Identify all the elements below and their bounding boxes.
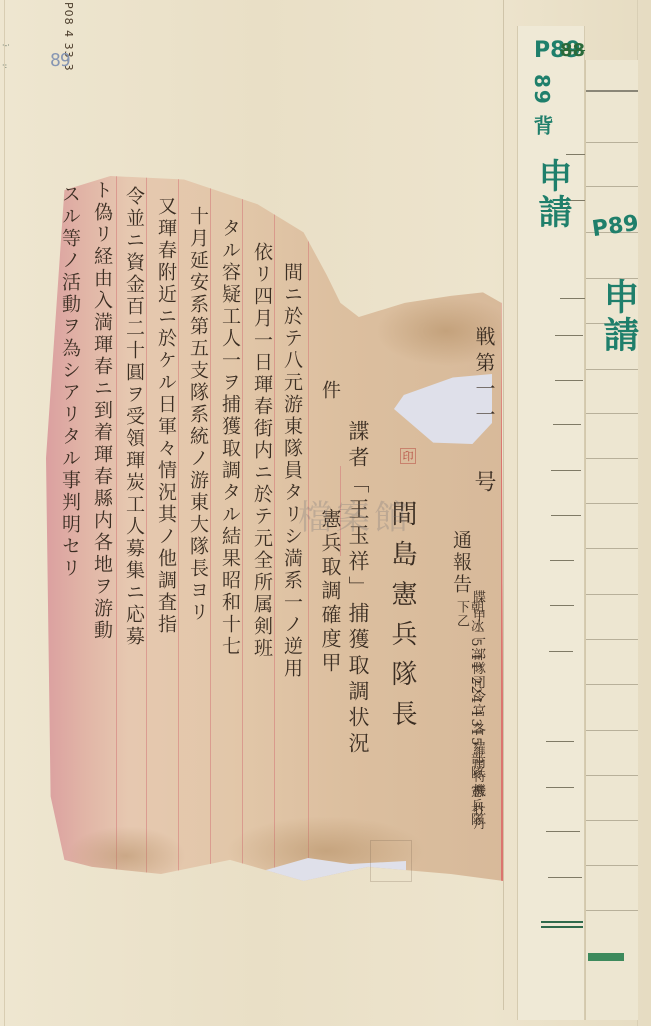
strip-tick	[546, 741, 574, 742]
strip-line	[586, 865, 638, 866]
strip-line	[586, 639, 638, 640]
strip-tick	[546, 787, 574, 788]
strip-line	[586, 458, 638, 459]
strip-line	[586, 730, 638, 731]
body-line-4: 十月延安系第五支隊系統ノ游東大隊長ヨリ	[184, 206, 211, 624]
ruled-line	[116, 176, 117, 881]
strip-tick	[549, 651, 573, 652]
body-line-5: 又琿春附近ニ於ケル日軍々情況其ノ他調査指	[152, 196, 179, 636]
faded-seal	[370, 840, 412, 882]
report-type: 通報告	[447, 530, 474, 596]
page-number-stamp: 89	[50, 50, 70, 71]
body-line-8: スル等ノ活動ヲ為シアリタル事判明セリ	[56, 184, 83, 580]
strip-line	[586, 186, 638, 187]
strip-tick	[555, 380, 583, 381]
index-note-label: 89 背	[528, 74, 557, 137]
strip-line	[586, 142, 638, 143]
body-line-3: タル容疑工人一ヲ捕獲取調タル結果昭和十七	[216, 218, 243, 658]
strip-line	[586, 413, 638, 414]
sheet-edge	[4, 0, 5, 1026]
red-seal: 印	[400, 448, 416, 464]
ref-marks: ·-··:	[2, 36, 10, 76]
strip-tick-green	[541, 921, 583, 923]
green-highlight-mark	[588, 953, 624, 961]
strip-line	[586, 503, 638, 504]
strip-tick	[550, 560, 574, 561]
strip-line	[586, 594, 638, 595]
strip-line	[586, 775, 638, 776]
strip-line	[586, 910, 638, 911]
reference-code: P08 4 33-3	[30, 0, 50, 100]
body-line-6: 令並ニ資金百二十圓ヲ受領琿炭工人募集ニ応募	[120, 186, 147, 648]
index-note-crossed: 88	[560, 40, 585, 61]
strip-tick	[553, 424, 581, 425]
strip-tick	[555, 335, 583, 336]
distribution-codes: 朝 冰 5.11 224 1315 部隊 憲兵隊下乙	[454, 600, 482, 840]
strip-tick	[550, 605, 574, 606]
strip-line	[586, 90, 638, 92]
strip-line	[586, 684, 638, 685]
right-note-request: 申請	[593, 278, 644, 354]
subject-title: 諜者「王玉祥」捕獲取調状況	[344, 420, 371, 758]
strip-tick-green	[541, 926, 583, 928]
index-note-request: 申請	[528, 158, 577, 230]
strip-tick	[548, 877, 582, 878]
strip-tick	[551, 515, 581, 516]
doc-number-suffix: 号	[470, 470, 497, 495]
strip-tick	[546, 831, 580, 832]
strip-line	[586, 369, 638, 370]
strip-line	[586, 820, 638, 821]
strip-tick	[551, 470, 581, 471]
subject-item: 件	[316, 380, 343, 402]
index-strip-right	[585, 60, 638, 1020]
strip-line	[586, 548, 638, 549]
body-line-1: 間ニ於テ八元游東隊員タリシ満系一ノ逆用	[278, 262, 305, 680]
body-line-2: 依リ四月一日琿春街内ニ於テ元全所属剣班	[248, 242, 275, 660]
archive-watermark: 檔案館	[298, 490, 412, 539]
body-line-7: ト偽リ経由入満琿春ニ到着琿春縣内各地ヲ游動	[88, 180, 115, 642]
doc-number-prefix: 戦第一一	[470, 326, 497, 430]
